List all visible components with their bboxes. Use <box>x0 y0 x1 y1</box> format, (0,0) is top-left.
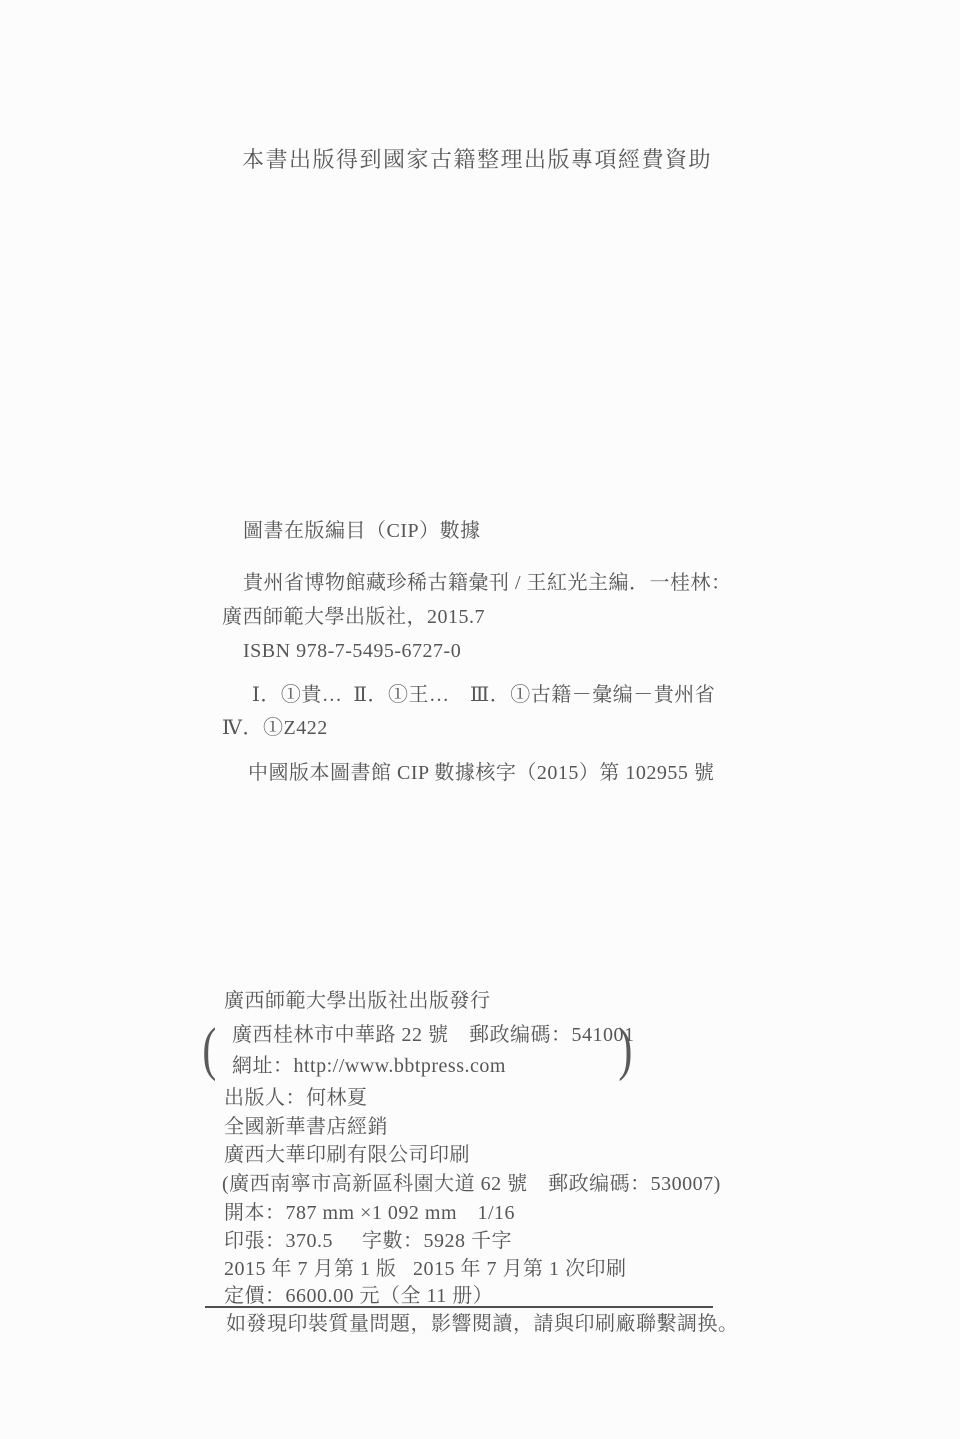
sheets-value: 印張：370.5 <box>224 1228 333 1254</box>
printer-address-line: (廣西南寧市高新區科園大道 62 號 郵政编碼：530007) <box>222 1171 721 1197</box>
word-count-value: 字數：5928 千字 <box>362 1228 512 1254</box>
imprint-publisher-line: 廣西師範大學出版社出版發行 <box>224 988 491 1014</box>
cip-publisher-line: 廣西師範大學出版社，2015.7 <box>222 604 485 630</box>
cip-heading: 圖書在版編目（CIP）數據 <box>243 518 481 544</box>
publisher-person-line: 出版人：何林夏 <box>224 1085 368 1111</box>
publisher-website-line: 網址：http://www.bbtpress.com <box>232 1053 506 1079</box>
left-parenthesis-glyph: ( <box>202 1018 216 1081</box>
cip-record-number: 中國版本圖書館 CIP 數據核字（2015）第 102955 號 <box>248 760 714 786</box>
printer-line: 廣西大華印刷有限公司印刷 <box>224 1142 470 1168</box>
format-line: 開本：787 mm ×1 092 mm 1/16 <box>224 1200 515 1226</box>
right-parenthesis-glyph: ) <box>618 1018 632 1081</box>
quality-note-line: 如發現印裝質量問題，影響閱讀，請與印刷廠聯繫調换。 <box>226 1311 739 1337</box>
edition-value: 2015 年 7 月第 1 版 <box>224 1256 397 1282</box>
printing-value: 2015 年 7 月第 1 次印刷 <box>413 1256 627 1282</box>
book-copyright-page: 本書出版得到國家古籍整理出版專項經費資助 圖書在版編目（CIP）數據 貴州省博物… <box>0 0 960 1439</box>
funding-note: 本書出版得到國家古籍整理出版專項經費資助 <box>242 143 712 174</box>
cip-classification-line1: Ⅰ．①貴… Ⅱ．①王… Ⅲ．①古籍－彙编－貴州省 <box>252 682 715 708</box>
cip-isbn: ISBN 978-7-5495-6727-0 <box>243 638 461 664</box>
distribution-line: 全國新華書店經銷 <box>224 1114 388 1140</box>
publisher-address-line: 廣西桂林市中華路 22 號 郵政编碼：541001 <box>232 1022 635 1048</box>
cip-classification-line2: Ⅳ．①Z422 <box>222 715 328 741</box>
cip-title-line: 貴州省博物館藏珍稀古籍彙刊 / 王紅光主編．一桂林： <box>243 570 732 596</box>
divider-line <box>205 1306 713 1308</box>
